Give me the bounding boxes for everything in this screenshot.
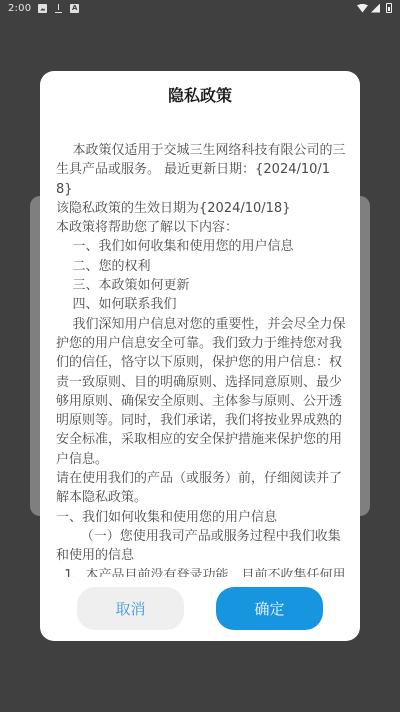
dialog-buttons: 取消 确定 (40, 587, 360, 629)
a-icon: A (70, 4, 79, 13)
policy-paragraph: 三、本政策如何更新 (56, 276, 346, 295)
battery-icon (386, 3, 392, 13)
status-bar: 2:00 A (0, 0, 400, 16)
policy-paragraph: 1、本产品目前没有登录功能，目前不收集任何用户的信息 (56, 566, 346, 577)
status-right (357, 3, 392, 13)
policy-text-scroll[interactable]: 本政策仅适用于交城三生网络科技有限公司的三生具产品或服务。 最近更新日期：{20… (56, 141, 346, 577)
status-time: 2:00 (8, 3, 31, 14)
policy-paragraph: （一）您使用我司产品或服务过程中我们收集和使用的信息 (56, 527, 346, 566)
policy-paragraph: 请在使用我们的产品（或服务）前，仔细阅读并了解本隐私政策。 (56, 469, 346, 508)
signal-icon (371, 4, 380, 13)
policy-paragraph: 该隐私政策的生效日期为{2024/10/18} (56, 199, 346, 218)
privacy-policy-dialog: 隐私政策 本政策仅适用于交城三生网络科技有限公司的三生具产品或服务。 最近更新日… (40, 71, 360, 641)
policy-paragraph: 本政策仅适用于交城三生网络科技有限公司的三生具产品或服务。 最近更新日期：{20… (56, 141, 346, 199)
policy-paragraph: 一、我们如何收集和使用您的用户信息 (56, 237, 346, 256)
policy-paragraph: 我们深知用户信息对您的重要性，并会尽全力保护您的用户信息安全可靠。我们致力于维持… (56, 315, 346, 469)
status-left: 2:00 A (8, 3, 79, 14)
policy-paragraph: 一、我们如何收集和使用您的用户信息 (56, 508, 346, 527)
download-icon (54, 4, 63, 13)
confirm-button[interactable]: 确定 (216, 587, 323, 630)
image-icon (38, 4, 47, 13)
wifi-icon (357, 4, 368, 13)
policy-paragraph: 本政策将帮助您了解以下内容： (56, 218, 346, 237)
cancel-button[interactable]: 取消 (77, 587, 184, 630)
dialog-title: 隐私政策 (40, 83, 360, 106)
policy-paragraph: 四、如何联系我们 (56, 295, 346, 314)
policy-paragraph: 二、您的权利 (56, 257, 346, 276)
